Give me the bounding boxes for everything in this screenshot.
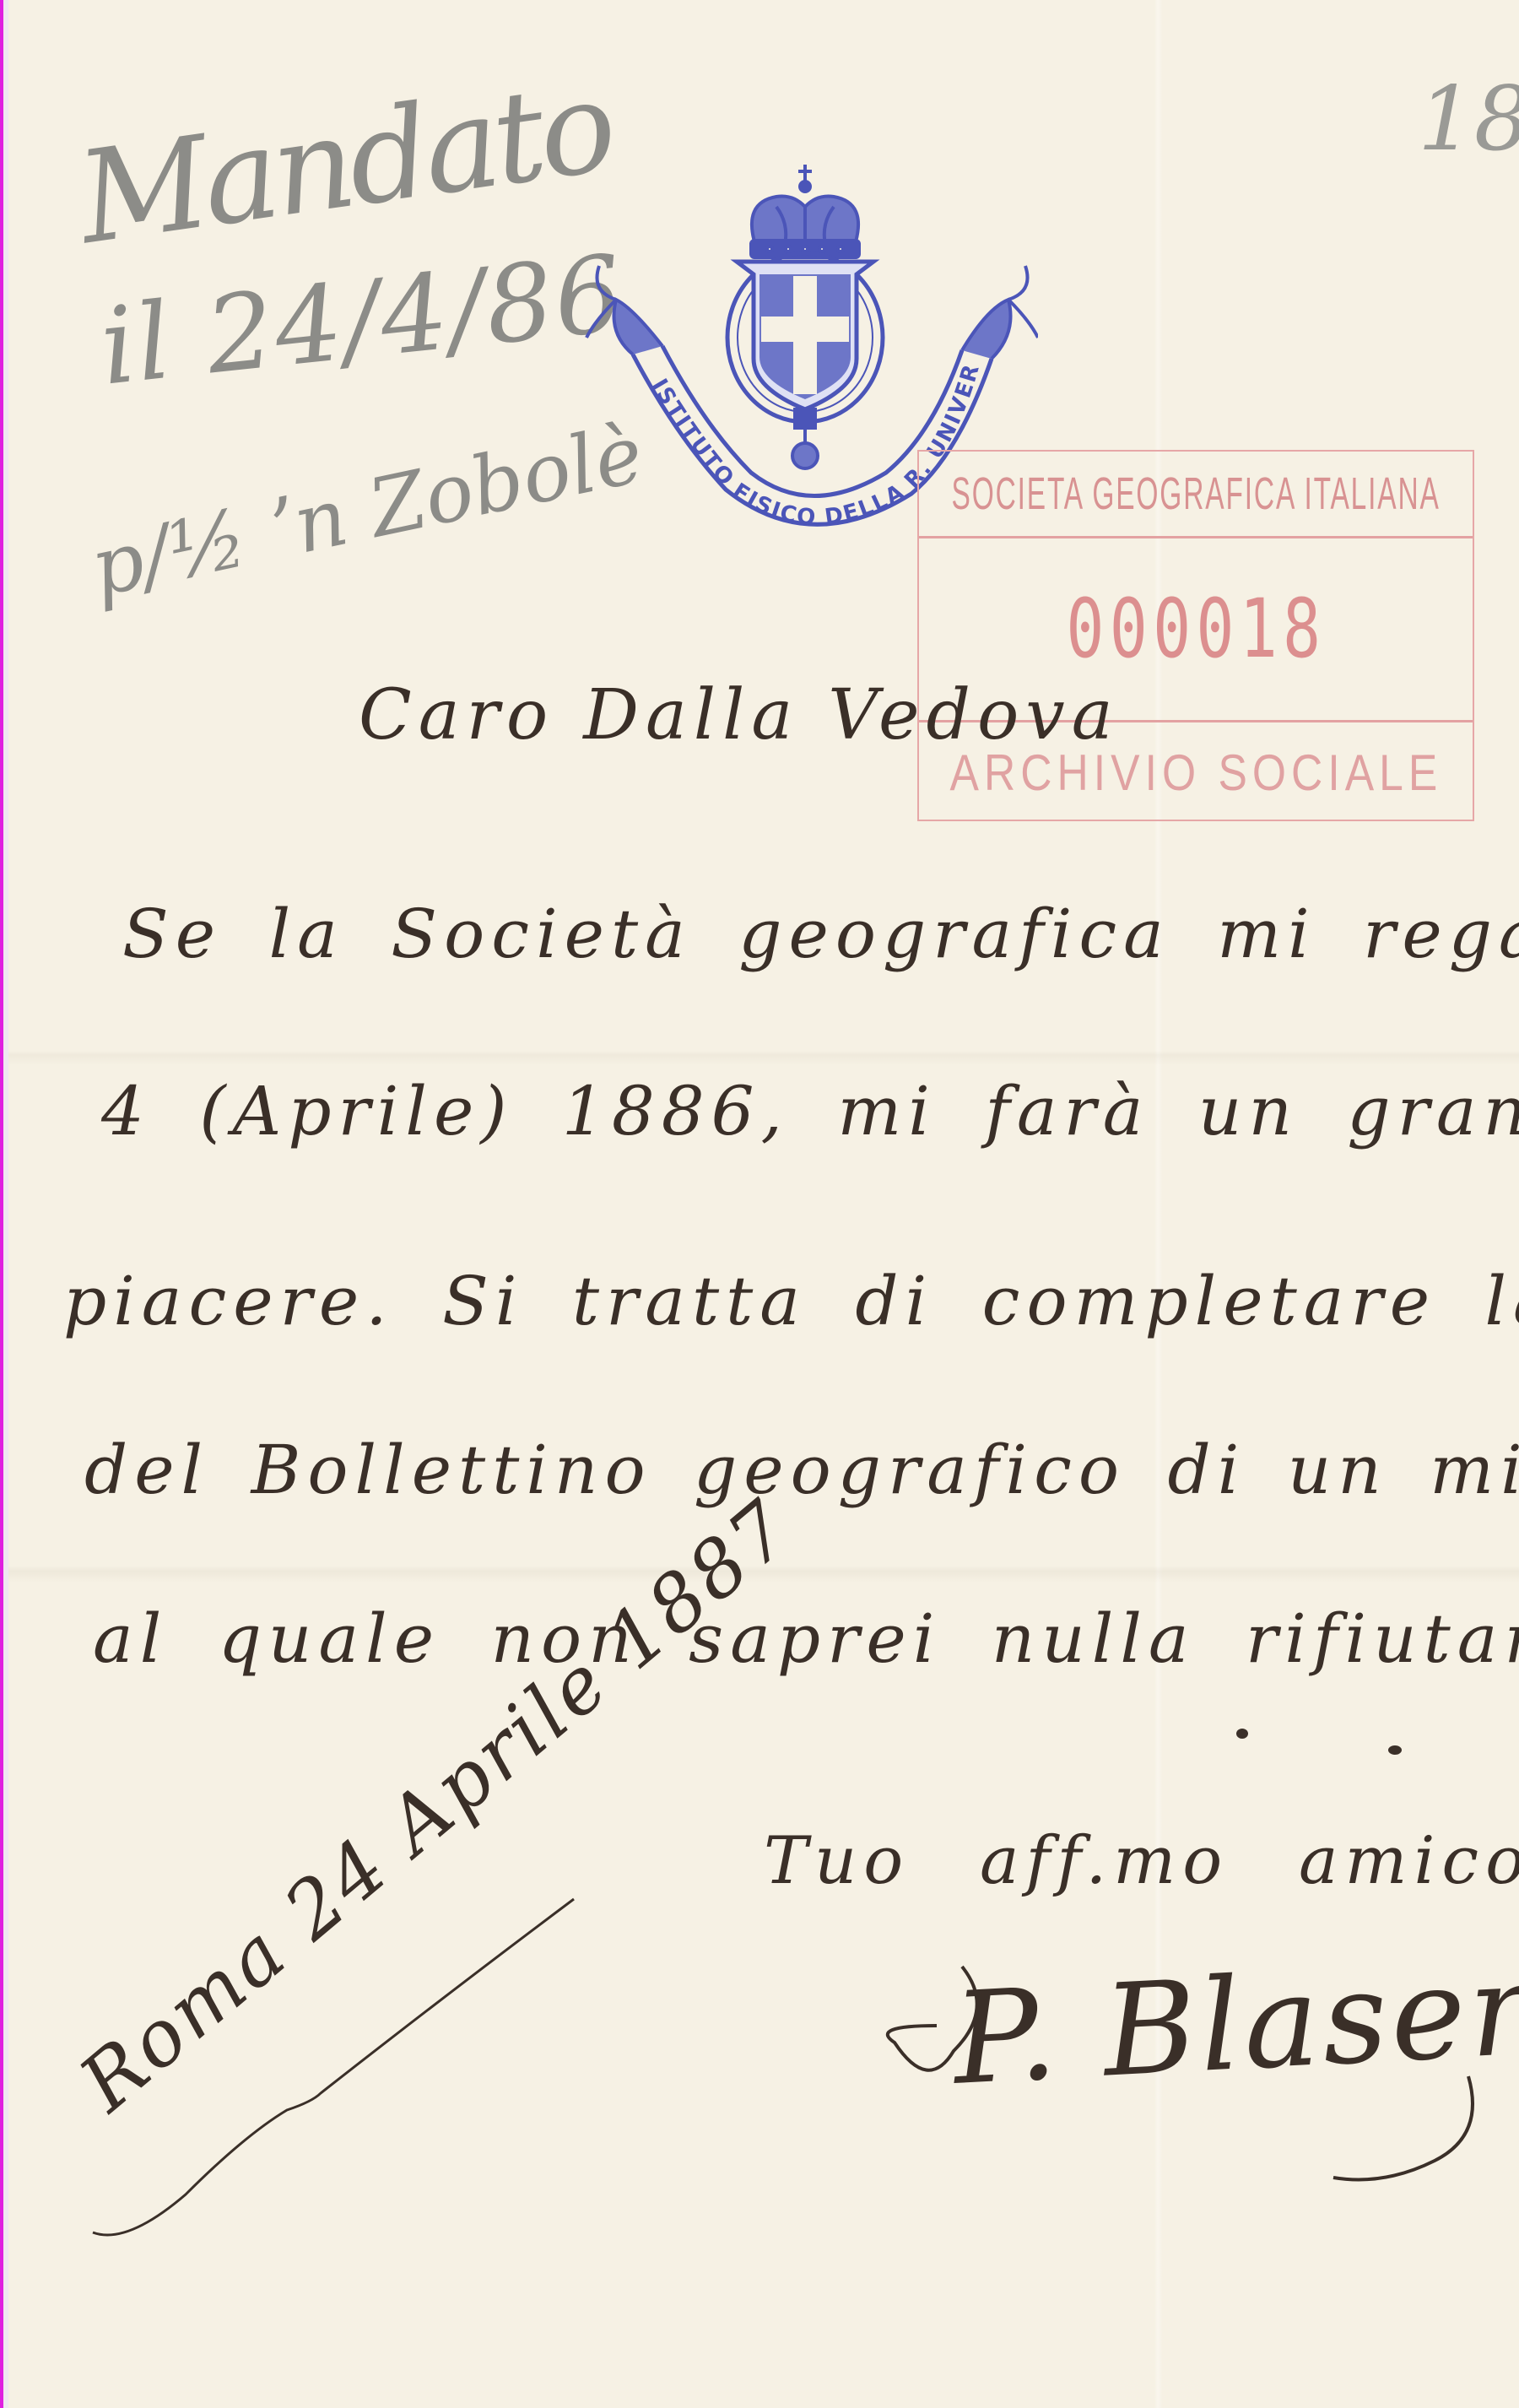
ink-spot [1236,1729,1248,1739]
ink-spot [1388,1745,1402,1755]
stamp-header: SOCIETA GEOGRAFICA ITALIANA [951,468,1440,520]
folio-number: 18 [1418,68,1519,170]
body-line: 4 (Aprile) 1886, mi farà un grande [101,1072,1519,1150]
salutation: Caro Dalla Vedova [359,675,1120,755]
archive-stamp: SOCIETA GEOGRAFICA ITALIANA 000018 ARCHI… [917,450,1474,821]
body-line: Se la Società geografica mi regala il fa… [122,895,1519,973]
body-line: piacere. Si tratta di completare la racc… [63,1262,1519,1340]
stamp-number: 000018 [1066,582,1326,676]
letter-page: Mandato il 24/4/86 p/½ ʼn Zobolè 18 [0,0,1519,2408]
pencil-annotation-note: p/½ ʼn Zobolè [84,408,651,615]
body-line: al quale non saprei nulla rifiutare. [93,1599,1519,1678]
signature-flourish [743,1772,1519,2228]
pencil-annotation-mandato: Mandato [70,53,620,273]
date-underline-flourish [34,1772,624,2279]
scan-edge-left-inner [3,0,8,2408]
body-line: del Bollettino geografico di un mio amic… [84,1431,1519,1509]
